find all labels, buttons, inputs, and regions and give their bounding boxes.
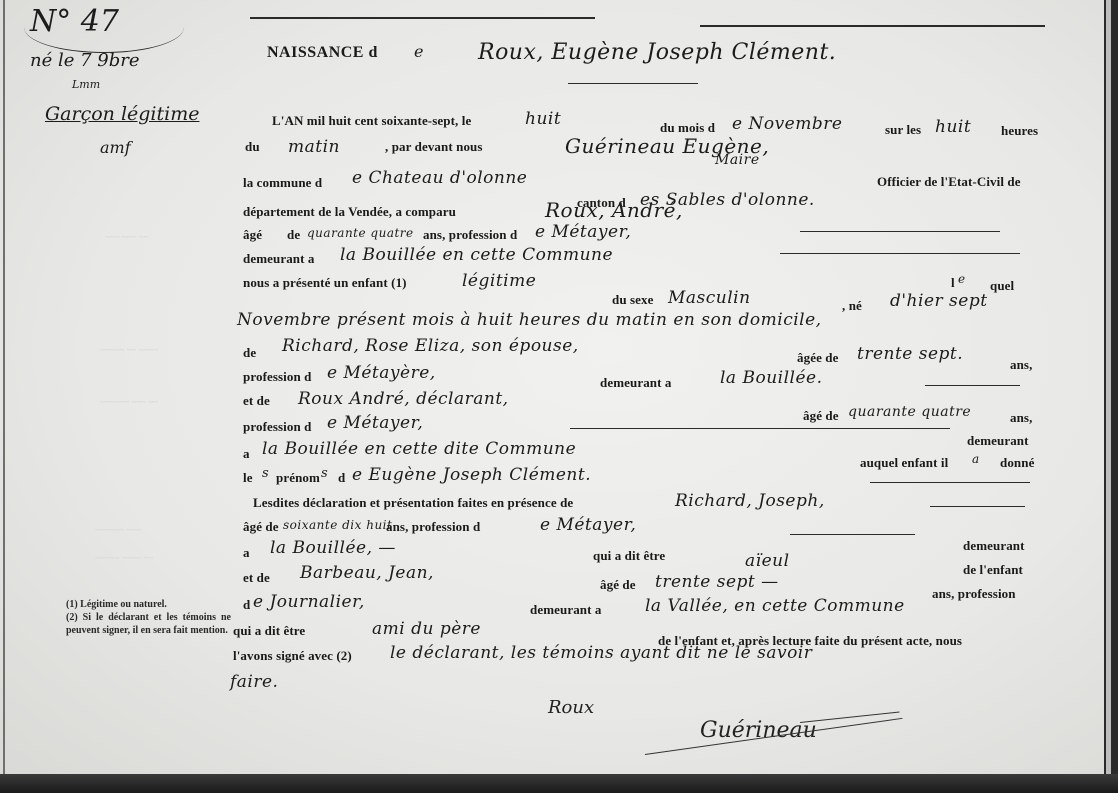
heading-printed: NAISSANCE d	[267, 44, 378, 62]
fill-line	[870, 482, 1030, 483]
handwritten-text: a	[972, 452, 980, 466]
handwritten-time-of-day: matin	[288, 137, 340, 157]
printed-text: L'AN mil huit cent soixante-sept, le	[272, 113, 471, 129]
printed-text: l	[951, 275, 955, 291]
printed-text: département de la Vendée, a comparu	[243, 204, 456, 220]
handwritten-father-residence: la Bouillée en cette dite Commune	[262, 439, 576, 459]
printed-text: de l'enfant	[963, 562, 1023, 578]
handwritten-text: faire.	[230, 672, 278, 692]
printed-text: demeurant	[967, 433, 1029, 449]
printed-text: nous a présenté un enfant (1)	[243, 275, 407, 291]
footnote-1: (1) Légitime ou naturel.	[66, 598, 231, 611]
register-page: ~~~ ~~~ ~~ ~~~~~ ~~ ~~~~ ~~~~~~ ~~~ ~~ ~…	[0, 0, 1104, 774]
printed-text: âgée de	[797, 350, 839, 366]
handwritten-mother-age: trente sept.	[857, 344, 963, 364]
printed-text: ans, profession d	[423, 227, 517, 243]
printed-text: de	[243, 345, 256, 361]
fill-line	[930, 506, 1025, 507]
handwritten-witness1-relation: aïeul	[745, 551, 790, 571]
margin-birth-date: né le 7 9bre	[30, 50, 140, 71]
printed-text: ans,	[1010, 357, 1032, 373]
handwritten-commune: e Chateau d'olonne	[352, 168, 527, 188]
margin-annotation: amf	[100, 138, 131, 157]
handwritten-birth-details: Novembre présent mois à huit heures du m…	[237, 310, 822, 330]
handwritten-father-name: Roux André, déclarant,	[298, 389, 509, 409]
handwritten-father-profession: e Métayer,	[327, 413, 423, 433]
page-left-rule	[3, 0, 5, 793]
fill-line	[790, 534, 915, 535]
show-through-text: ~~~~~~ ~~~ ~~	[100, 397, 158, 407]
handwritten-witness1-age: soixante dix huit	[283, 518, 392, 532]
handwritten-witness2-profession: e Journalier,	[253, 592, 365, 612]
handwritten-text: s	[262, 466, 269, 481]
show-through-text: ~~~~~ ~~ ~~~~	[100, 345, 158, 355]
fill-line	[925, 385, 1020, 386]
handwritten-witness2-age: trente sept —	[655, 572, 779, 592]
printed-text: a	[243, 545, 250, 561]
handwritten-signature-note: le déclarant, les témoins ayant dit ne l…	[390, 643, 812, 663]
handwritten-residence: la Bouillée en cette Commune	[340, 245, 613, 265]
printed-text: donné	[1000, 455, 1034, 471]
footnote-2: (2) Si le déclarant et les témoins ne pe…	[66, 611, 231, 637]
show-through-text: ~~~~~~ ~~~	[95, 525, 141, 535]
printed-text: d	[338, 470, 345, 486]
printed-text: , par devant nous	[385, 139, 483, 155]
printed-text: de	[287, 227, 300, 243]
printed-text: l'avons signé avec (2)	[233, 648, 352, 664]
printed-text: et de	[243, 393, 270, 409]
handwritten-text: s	[321, 466, 328, 481]
printed-text: ans, profession	[932, 586, 1016, 602]
margin-status: Garçon légitime	[45, 103, 199, 125]
signature-declarant: Roux	[548, 697, 594, 718]
printed-text: la commune d	[243, 175, 322, 191]
printed-text: auquel enfant il	[860, 455, 948, 471]
printed-text: demeurant a	[243, 251, 315, 267]
printed-text: du sexe	[612, 292, 654, 308]
printed-text: demeurant	[963, 538, 1025, 554]
printed-text: Lesdites déclaration et présentation fai…	[253, 495, 573, 511]
printed-text: âgé	[243, 227, 262, 243]
heading-top-rule	[250, 17, 595, 19]
printed-text: Officier de l'Etat-Civil de	[877, 174, 1021, 190]
handwritten-given-names: e Eugène Joseph Clément.	[352, 465, 591, 485]
printed-text: quel	[990, 278, 1014, 294]
handwritten-witness2-residence: la Vallée, en cette Commune	[645, 596, 905, 616]
handwritten-month: e Novembre	[732, 114, 842, 134]
fill-line	[570, 428, 950, 429]
record-number: N° 47	[30, 4, 119, 39]
printed-text: âgé de	[803, 408, 839, 424]
handwritten-mother-residence: la Bouillée.	[720, 368, 823, 388]
printed-text: âgé de	[600, 577, 636, 593]
handwritten-hour: huit	[935, 117, 971, 137]
printed-text: a	[243, 446, 250, 462]
page-bottom-edge	[0, 774, 1118, 793]
handwritten-witness2-name: Barbeau, Jean,	[300, 563, 434, 583]
margin-birth-date-sub: Lmm	[72, 78, 100, 91]
fill-line	[800, 231, 1000, 232]
show-through-text: ~~~ ~~~ ~~	[105, 232, 148, 242]
handwritten-father-age: quarante quatre	[848, 404, 971, 420]
handwritten-day: huit	[525, 109, 561, 129]
printed-text: ans, profession d	[386, 519, 480, 535]
handwritten-witness1-name: Richard, Joseph,	[675, 491, 825, 511]
printed-text: âgé de	[243, 519, 279, 535]
show-through-text: ~~~~~ ~~~~ ~~	[95, 553, 153, 563]
handwritten-witness1-profession: e Métayer,	[540, 515, 636, 535]
printed-text: d	[243, 597, 250, 613]
handwritten-legitimacy: légitime	[462, 271, 536, 291]
handwritten-birth-day: d'hier sept	[890, 291, 988, 311]
heading-child-name: Roux, Eugène Joseph Clément.	[478, 40, 836, 65]
page-binding-edge	[1104, 0, 1118, 793]
printed-text: profession d	[243, 369, 312, 385]
printed-text: prénom	[276, 470, 320, 486]
handwritten-declarant-name: Roux, André,	[545, 198, 683, 222]
handwritten-text: e	[958, 272, 966, 286]
printed-text: demeurant a	[600, 375, 672, 391]
handwritten-sex: Masculin	[668, 288, 751, 308]
heading-top-rule-right	[700, 25, 1045, 27]
printed-text: sur les	[885, 122, 921, 138]
handwritten-witness1-residence: la Bouillée, —	[270, 538, 396, 558]
heading-prefix: e	[414, 42, 424, 61]
footnotes: (1) Légitime ou naturel. (2) Si le décla…	[66, 598, 231, 637]
printed-text: heures	[1001, 123, 1038, 139]
printed-text: qui a dit être	[233, 623, 305, 639]
printed-text: qui a dit être	[593, 548, 665, 564]
handwritten-mother-name: Richard, Rose Eliza, son épouse,	[282, 336, 579, 356]
printed-text: profession d	[243, 419, 312, 435]
handwritten-witness2-relation: ami du père	[372, 619, 481, 639]
printed-text: du	[245, 139, 260, 155]
fill-line	[780, 253, 1020, 254]
printed-text: , né	[842, 298, 862, 314]
handwritten-mother-profession: e Métayère,	[327, 363, 436, 383]
heading-underline	[568, 83, 698, 84]
printed-text: et de	[243, 570, 270, 586]
printed-text: ans,	[1010, 410, 1032, 426]
handwritten-officer-title: Maire	[715, 152, 760, 168]
handwritten-declarant-profession: e Métayer,	[535, 222, 631, 242]
printed-text: le	[243, 470, 253, 486]
printed-text: demeurant a	[530, 602, 602, 618]
handwritten-declarant-age: quarante quatre	[307, 226, 414, 240]
